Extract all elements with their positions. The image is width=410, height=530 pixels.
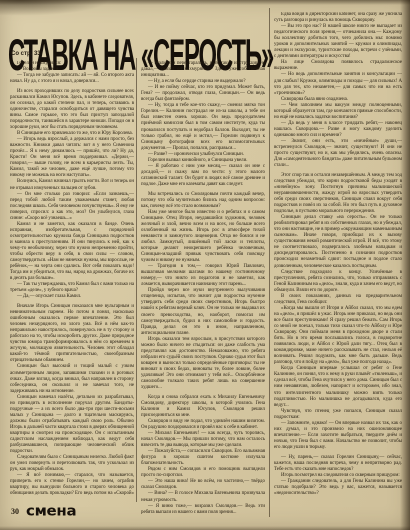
paragraph: — Значит, они есть, эти «ничейные» души,… <box>274 139 402 169</box>
paragraph: Скворцов и виду не подал, что удивлён на… <box>141 419 265 431</box>
paragraph: — Я всё понимаю,— старался, что называет… <box>10 473 134 498</box>
paragraph: — Вы это про нас? В нашей школе никто не… <box>274 24 402 60</box>
paragraph: «Когда мы вышли от Игоря и Айбол сказал,… <box>274 306 402 366</box>
page-number: 30 <box>11 507 19 516</box>
paragraph: Следователям было с Синицыным нелегко. Л… <box>10 455 134 473</box>
paragraph: Волнуясь, Камил начинал грызть ногти. Во… <box>10 179 134 191</box>
paragraph: — Я работаю с ним уже месяц,— сказал он … <box>141 164 265 188</box>
paragraph: — Так ты утверждаешь, что Камил был с ва… <box>10 282 134 294</box>
continued-from-note: Со стр. 33 <box>11 51 41 57</box>
paragraph: — Запомните, однако! — Он впервые назвал… <box>274 421 402 451</box>
paragraph: Когда я снова собрался ехать к Михаилу Е… <box>141 395 265 419</box>
paragraph: В своих показаниях, данных на предварите… <box>274 294 402 306</box>
paragraph: Синицын был высокий и тощий малый с узки… <box>10 364 134 394</box>
paragraph: Синицын намечал налёты, детально их разр… <box>10 395 134 455</box>
paragraph: — Да ведь у меня в классе тридцать ребят… <box>274 121 402 139</box>
text-column-3: Едва войдя в директорский кабинет, она с… <box>274 12 402 517</box>
paragraph: — Ну, тогда я тебе кое-что скажу,— смени… <box>141 103 265 151</box>
page-footer: 30 смена <box>11 502 76 520</box>
scan-bottom-shadow <box>0 526 410 530</box>
paragraph: Пройдя через все муки внутреннего вылучи… <box>141 288 265 336</box>
paragraph: — Чем заполняем мы вакуум между полноцен… <box>274 103 402 121</box>
column-divider <box>269 8 270 517</box>
paragraph: — Трагедия в том,— говорил Юрий Павлович… <box>141 264 265 288</box>
scan-top-shadow <box>0 0 410 5</box>
paragraph: — Мальчики перестарались, я им таких инс… <box>141 61 265 79</box>
paragraph: — Но ведь дополнительные занятия и консу… <box>274 72 402 96</box>
paragraph: — Тогда не забудьте записать: ай — яй. С… <box>10 73 134 85</box>
paragraph: Едва войдя в директорский кабинет, она с… <box>274 12 402 24</box>
paragraph: Когда Синицын впервые услышал от ребят о… <box>274 366 402 408</box>
paragraph: — Я виню тоже,— возразил Смолядов.— Ведь… <box>141 504 265 516</box>
paragraph: Игорь оказался тем взрослым, в присутств… <box>141 337 265 391</box>
paragraph: Нам уже многое было известно и о ребятах… <box>141 210 265 264</box>
paragraph: — Это наша вина! Не во всём, но частично… <box>141 479 265 491</box>
paragraph: Синицын делал ставку «на серость». Он не… <box>274 215 402 269</box>
paragraph: Этот спор так и остался незавершённым. А… <box>274 173 402 215</box>
paragraph: Вначале Игорь Синицын показался мне вуль… <box>10 304 134 364</box>
paragraph: — И не пойму сейчас, кто это придумал. М… <box>141 85 265 103</box>
scan-right-shadow <box>400 0 410 530</box>
paragraph: — Пожалуйста,— согласился Скворцов. Его … <box>141 449 265 467</box>
paragraph: Чувствуя, что птенец уже попался, Синицы… <box>274 409 402 421</box>
text-column-1: Горелин нахмурился:— Вопросы задаю я...—… <box>10 61 134 498</box>
paragraph: — Ну, парень,— сказал Горелин Синицыну,—… <box>274 455 402 473</box>
paragraph: Рядом с ним Смолядов и его помощник выгл… <box>141 467 265 479</box>
text-column-2: — Мальчики перестарались, я им таких инс… <box>141 61 265 516</box>
paragraph: На лице Смолядова появилось страдальческ… <box>274 60 402 72</box>
magazine-page: СТАВКА НА «СЕРОСТЬ» Со стр. 33 Горелин н… <box>0 0 410 530</box>
paragraph: — Он мне столько раз говорил: «Если зазн… <box>10 192 134 222</box>
paragraph: — Вина? — В голосе Михаила Евгеньевича п… <box>141 491 265 503</box>
paragraph: — Игорь ведь взрослый, а держался с нами… <box>10 137 134 179</box>
paragraph: Мы встречались со Смолядовым почти кажды… <box>141 192 265 210</box>
paragraph: — Гражданин следователь, а для Гены Кали… <box>274 479 402 497</box>
magazine-logo: смена <box>26 503 76 520</box>
paragraph: — Михаил Евгеньевич! — как всегда, чуть … <box>141 431 265 449</box>
paragraph: Следствие подходило к концу. Уличённые в… <box>274 270 402 294</box>
paragraph: Игорь посмотрел на следователя со скверн… <box>274 473 402 479</box>
paragraph: Камил и не заметил, как оказался в банде… <box>10 222 134 282</box>
paragraph: Горелин вызвал конвойного, и Синицына ув… <box>141 158 265 164</box>
paragraph: Из всех проходивших по делу подростков с… <box>10 89 134 131</box>
column-divider <box>136 58 137 502</box>
